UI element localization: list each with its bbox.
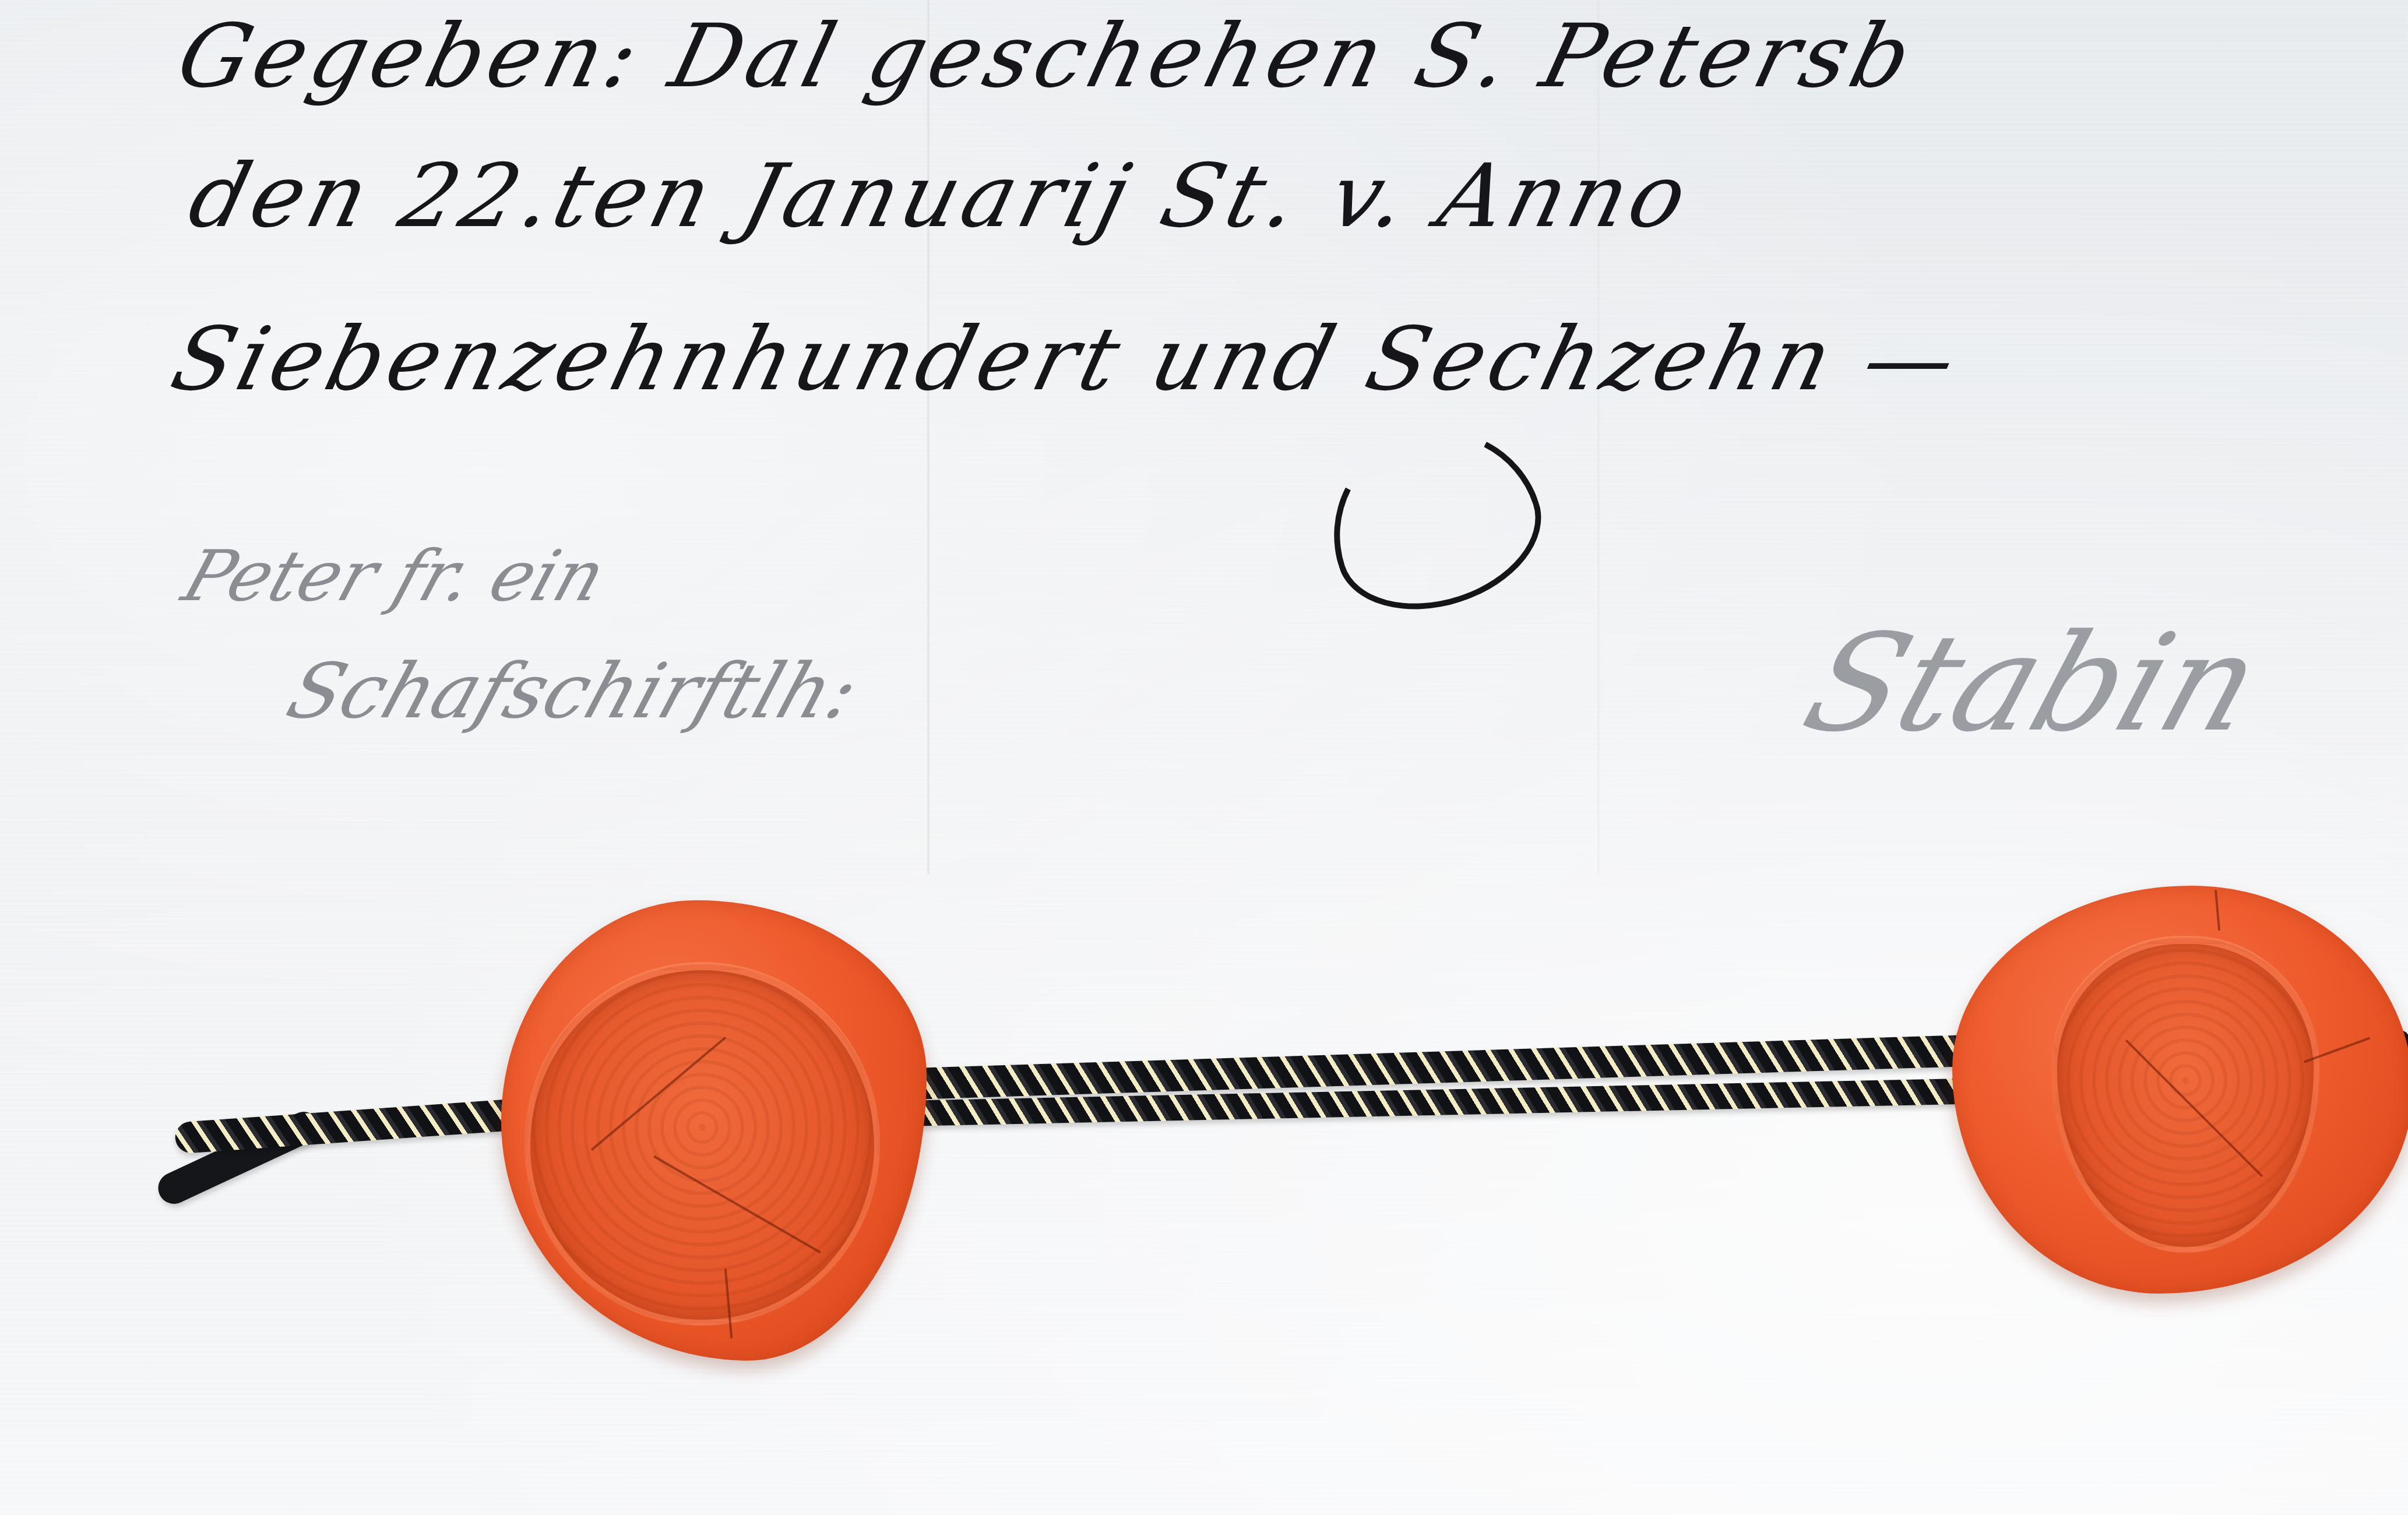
manuscript-photo: Gegeben: Dal geschehen S. Petersb den 22…	[0, 0, 2408, 1515]
seal-impression-circular	[524, 964, 880, 1326]
pencil-note-1: Peter fr. ein	[173, 536, 615, 617]
wax-seal-right: coat of arms with helmet and crest	[1952, 886, 2408, 1294]
cord-tail	[174, 1097, 537, 1154]
seal-impression-coat-of-arms	[2051, 938, 2319, 1253]
manuscript-line-2: den 22.ten Januarij St. v. Anno	[179, 146, 1701, 247]
seal-crack	[2215, 890, 2220, 931]
ink-flourish	[1307, 403, 1560, 635]
wax-seal-left: circular heraldic seal with legend aroun…	[501, 900, 927, 1361]
signature: Stabin	[1787, 606, 2279, 762]
pencil-note-2: Schafschirftlh:	[277, 647, 869, 735]
paper-fold-line	[1597, 0, 1600, 874]
manuscript-line-3: Siebenzehnhundert und Sechzehn —	[162, 309, 1970, 410]
seal-description: coat of arms with helmet and crest	[1952, 1246, 2408, 1270]
seal-description: circular heraldic seal with legend aroun…	[501, 1289, 927, 1337]
manuscript-line-1: Gegeben: Dal geschehen S. Petersb	[168, 6, 1925, 107]
paper-fold-line	[927, 0, 930, 874]
